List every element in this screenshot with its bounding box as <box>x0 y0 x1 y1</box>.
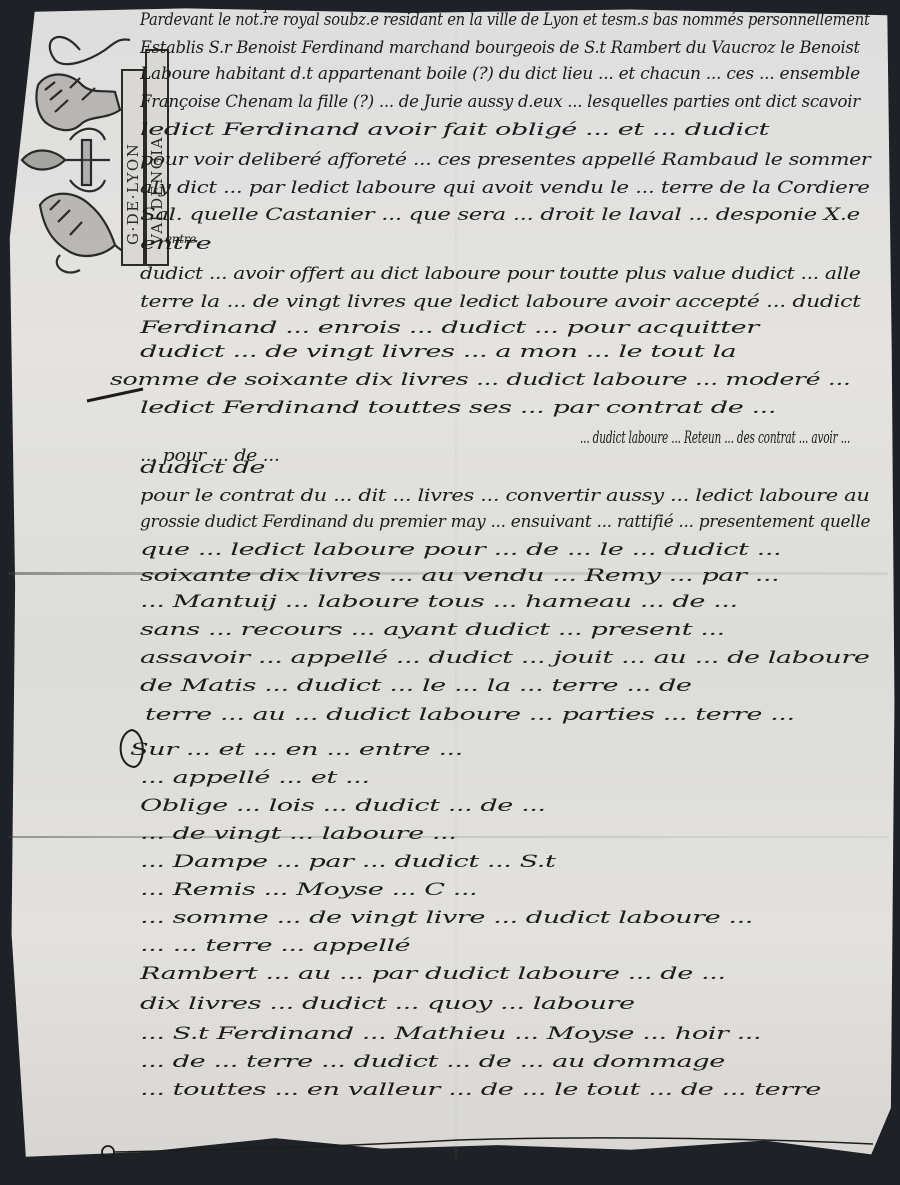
manuscript-line: ... Dampe ... par ... dudict ... S.t <box>140 852 555 872</box>
manuscript-line: Françoise Chenam la fille (?) ... de Jur… <box>140 92 860 112</box>
manuscript-line: Establis S.r Benoist Ferdinand marchand … <box>140 38 860 58</box>
interlinear-note: entre <box>165 232 196 246</box>
manuscript-line: assavoir ... appellé ... dudict ... joui… <box>140 648 870 668</box>
manuscript-line: terre la ... de vingt livres que ledict … <box>140 292 861 312</box>
manuscript-line: ... Mantuij ... laboure tous ... hameau … <box>140 592 738 612</box>
pen-flourish-icon <box>85 385 145 405</box>
manuscript-line: ... appellé ... et ... <box>140 768 370 788</box>
manuscript-line: terre ... au ... dudict laboure ... part… <box>145 705 795 725</box>
manuscript-line: ... Remis ... Moyse ... C ... <box>140 880 477 900</box>
closing-line-flourish <box>98 1130 878 1160</box>
manuscript-line: Laboure habitant d.t appartenant boile (… <box>140 64 860 84</box>
manuscript-line: Oblige ... lois ... dudict ... de ... <box>140 796 546 816</box>
manuscript-line: ledict Ferdinand touttes ses ... par con… <box>140 398 776 418</box>
manuscript-line: de Matis ... dudict ... le ... la ... te… <box>140 676 692 696</box>
manuscript-line: ... de ... terre ... dudict ... de ... a… <box>140 1052 725 1072</box>
manuscript-line: sans ... recours ... ayant dudict ... pr… <box>140 620 725 640</box>
manuscript-line: dudict de <box>140 458 265 478</box>
manuscript-line: somme de soixante dix livres ... dudict … <box>110 370 851 390</box>
manuscript-line: ... dudict laboure ... Reteun ... des co… <box>580 428 850 448</box>
manuscript-line: ... S.t Ferdinand ... Mathieu ... Moyse … <box>140 1024 761 1044</box>
manuscript-line: ... ... terre ... appellé <box>140 936 410 956</box>
manuscript-line: Sal. quelle Castanier ... que sera ... d… <box>140 205 860 225</box>
manuscript-line: grossie dudict Ferdinand du premier may … <box>140 512 870 532</box>
manuscript-line: ... touttes ... en valleur ... de ... le… <box>140 1080 821 1100</box>
manuscript-line: dudict ... de vingt livres ... a mon ...… <box>140 342 736 362</box>
manuscript-line: aly dict ... par ledict laboure qui avoi… <box>140 178 870 198</box>
manuscript-line: Pardevant le not.re royal soubz.e resida… <box>140 10 870 30</box>
manuscript-line: ledict Ferdinand avoir fait obligé ... e… <box>140 120 769 140</box>
manuscript-line: ... de vingt ... laboure ... <box>140 824 456 844</box>
manuscript-line: Rambert ... au ... par dudict laboure ..… <box>140 964 726 984</box>
manuscript-line: Sur ... et ... en ... entre ... <box>130 740 463 760</box>
manuscript-line: pour voir deliberé afforeté ... ces pres… <box>140 150 870 170</box>
manuscript-line: ... somme ... de vingt livre ... dudict … <box>140 908 753 928</box>
manuscript-line: dix livres ... dudict ... quoy ... labou… <box>140 994 635 1014</box>
manuscript-line: dudict ... avoir offert au dict laboure … <box>140 264 861 284</box>
manuscript-line: soixante dix livres ... au vendu ... Rem… <box>140 566 779 586</box>
manuscript-line: Ferdinand ... enrois ... dudict ... pour… <box>140 318 759 338</box>
pen-flourish-o-icon <box>112 725 152 775</box>
manuscript-line: pour le contrat du ... dit ... livres ..… <box>140 486 870 506</box>
manuscript-line: que ... ledict laboure pour ... de ... l… <box>140 540 781 560</box>
